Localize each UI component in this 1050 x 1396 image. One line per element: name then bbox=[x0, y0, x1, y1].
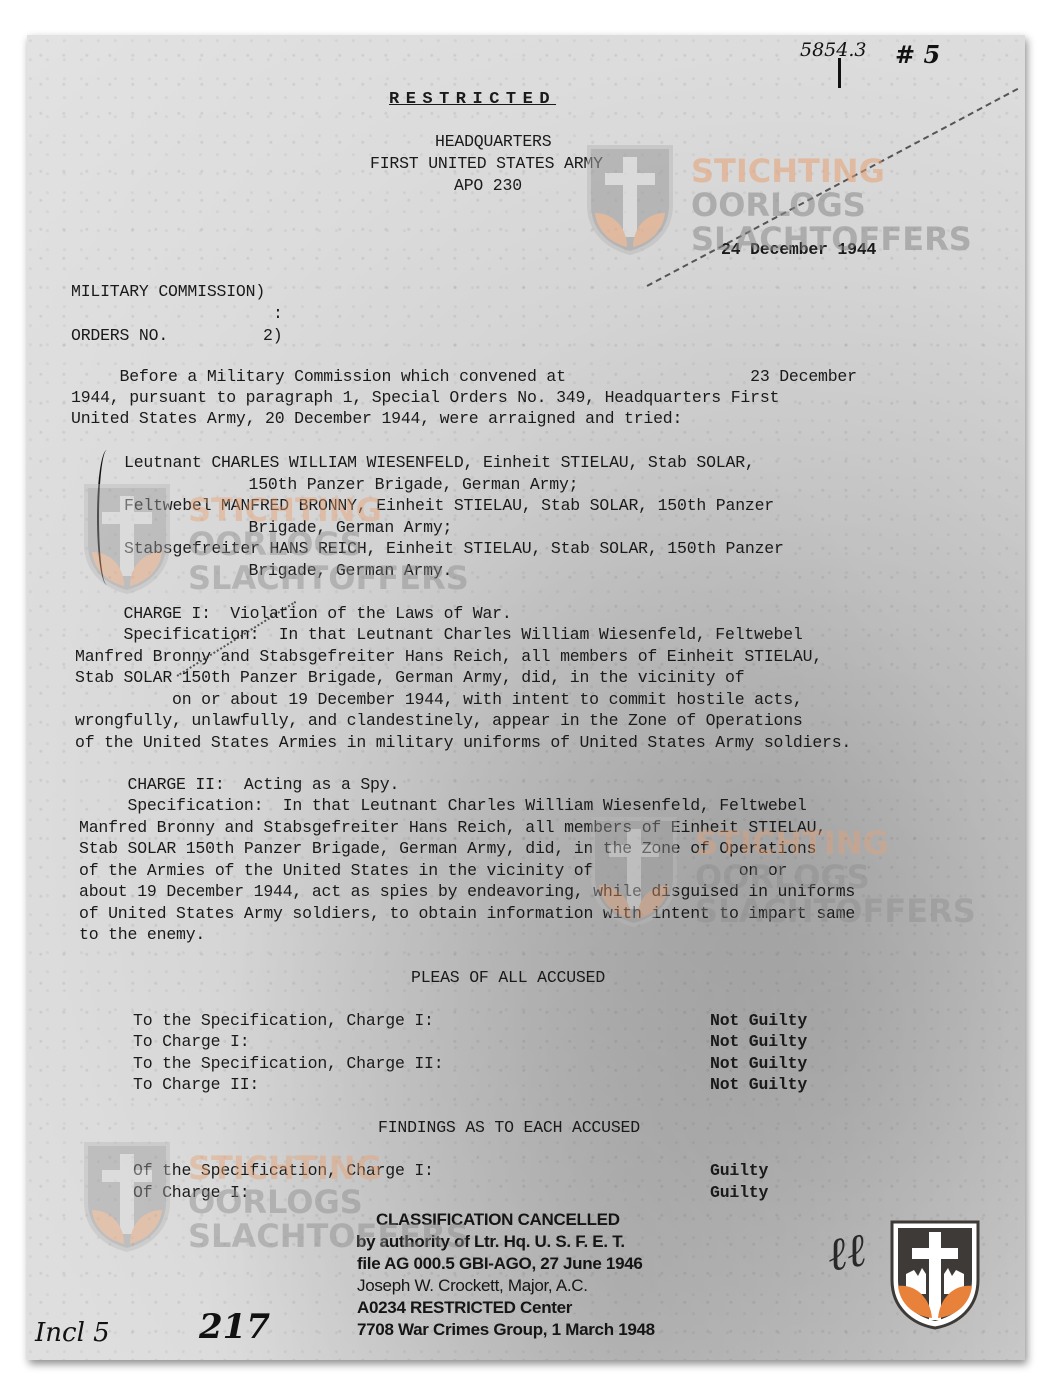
charge-2-line: CHARGE II: Acting as a Spy. bbox=[79, 774, 399, 796]
orders-no-value: 2) bbox=[263, 325, 282, 347]
watermark-line-1: STICHTING bbox=[695, 827, 889, 859]
archive-number: 5854.3 bbox=[800, 39, 866, 61]
shield-logo-icon bbox=[80, 1140, 174, 1252]
watermark-line-1: STICHTING bbox=[188, 494, 382, 526]
hq-line-2: FIRST UNITED STATES ARMY bbox=[370, 153, 603, 175]
watermark-line-1: STICHTING bbox=[691, 155, 885, 187]
stichting-shield-logo-icon bbox=[888, 1218, 982, 1330]
signature: ℓℓ bbox=[823, 1222, 870, 1282]
shield-logo-icon bbox=[587, 815, 681, 927]
plea-label: To Charge II: bbox=[133, 1074, 259, 1096]
charge-1-line: Manfred Bronny and Stabsgefreiter Hans R… bbox=[75, 646, 822, 668]
hash-mark: # 5 bbox=[895, 40, 940, 69]
finding-value: Guilty bbox=[710, 1160, 768, 1182]
heading-colon: : bbox=[273, 303, 283, 325]
stamp-line: Joseph W. Crockett, Major, A.C. bbox=[357, 1275, 588, 1297]
shield-logo-icon bbox=[80, 482, 174, 594]
charge-1-line: of the United States Armies in military … bbox=[75, 732, 851, 754]
charge-2-line: to the enemy. bbox=[79, 924, 205, 946]
watermark-line-3: SLACHTOFFERS bbox=[188, 1220, 469, 1252]
finding-value: Guilty bbox=[710, 1182, 768, 1204]
classification-header: RESTRICTED bbox=[389, 89, 556, 111]
plea-value: Not Guilty bbox=[710, 1074, 807, 1096]
charge-1-line: CHARGE I: Violation of the Laws of War. bbox=[75, 603, 512, 625]
document-page: 5854.3 # 5 RESTRICTED HEADQUARTERS FIRST… bbox=[27, 35, 1025, 1360]
charge-1-line: Stab SOLAR 150th Panzer Brigade, German … bbox=[75, 667, 744, 689]
watermark-line-3: SLACHTOFFERS bbox=[188, 562, 469, 594]
military-commission-label: MILITARY COMMISSION) bbox=[71, 281, 265, 303]
hq-line-3: APO 230 bbox=[454, 175, 522, 197]
intro-line: 1944, pursuant to paragraph 1, Special O… bbox=[71, 387, 779, 409]
orders-no-label: ORDERS NO. bbox=[71, 325, 168, 347]
intro-line: Before a Military Commission which conve… bbox=[71, 366, 857, 388]
charge-1-line: Specification: In that Leutnant Charles … bbox=[75, 624, 803, 646]
plea-value: Not Guilty bbox=[710, 1010, 807, 1032]
pleas-heading: PLEAS OF ALL ACCUSED bbox=[411, 967, 605, 989]
watermark-line-2: OORLOGS bbox=[695, 861, 870, 893]
watermark-line-2: OORLOGS bbox=[691, 189, 866, 221]
watermark-line-3: SLACHTOFFERS bbox=[691, 223, 972, 255]
plea-label: To Charge I: bbox=[133, 1031, 249, 1053]
watermark-line-3: SLACHTOFFERS bbox=[695, 895, 976, 927]
accused-line: Leutnant CHARLES WILLIAM WIESENFELD, Ein… bbox=[124, 452, 755, 474]
shield-logo-icon bbox=[583, 143, 677, 255]
stamp-line: A0234 RESTRICTED Center bbox=[357, 1297, 572, 1319]
plea-value: Not Guilty bbox=[710, 1053, 807, 1075]
charge-1-line: on or about 19 December 1944, with inten… bbox=[75, 689, 803, 711]
watermark-line-2: OORLOGS bbox=[188, 528, 363, 560]
plea-value: Not Guilty bbox=[710, 1031, 807, 1053]
charge-2-line: Specification: In that Leutnant Charles … bbox=[79, 795, 807, 817]
handwritten-stroke bbox=[838, 58, 841, 88]
hq-line-1: HEADQUARTERS bbox=[435, 131, 551, 153]
plea-label: To the Specification, Charge I: bbox=[133, 1010, 434, 1032]
stamp-line: file AG 000.5 GBI-AGO, 27 June 1946 bbox=[357, 1253, 643, 1275]
stamp-line: 7708 War Crimes Group, 1 March 1948 bbox=[357, 1319, 655, 1341]
intro-line: United States Army, 20 December 1944, we… bbox=[71, 408, 682, 430]
handwritten-page-number: 217 bbox=[199, 1307, 270, 1347]
watermark-line-1: STICHTING bbox=[188, 1152, 382, 1184]
handwritten-incl: Incl 5 bbox=[35, 1318, 110, 1348]
charge-1-line: wrongfully, unlawfully, and clandestinel… bbox=[75, 710, 803, 732]
findings-heading: FINDINGS AS TO EACH ACCUSED bbox=[378, 1117, 640, 1139]
watermark-line-2: OORLOGS bbox=[188, 1186, 363, 1218]
plea-label: To the Specification, Charge II: bbox=[133, 1053, 443, 1075]
